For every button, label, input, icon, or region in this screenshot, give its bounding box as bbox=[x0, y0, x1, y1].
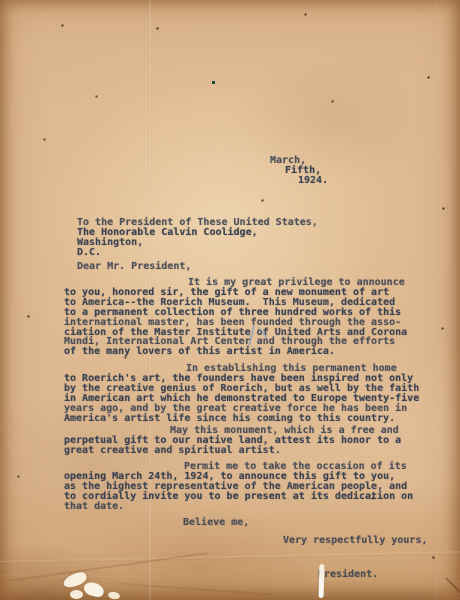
letter-line: America's artist life since his coming t… bbox=[64, 414, 419, 424]
body-paragraph-2: In establishing this permanent home to R… bbox=[64, 364, 419, 423]
crumple-line bbox=[120, 583, 270, 595]
signature-title: President. bbox=[318, 570, 378, 580]
body-paragraph-3: May this monument, which is a free and p… bbox=[64, 426, 401, 456]
letter-line: that date. bbox=[64, 502, 413, 512]
date-line: 1924. bbox=[298, 176, 328, 186]
date-block: March, Fifth, 1924. bbox=[270, 156, 328, 186]
signature-text: President. bbox=[318, 570, 378, 580]
recipient-address: To the President of These United States,… bbox=[77, 218, 318, 258]
letter-line: great creative and spiritual artist. bbox=[64, 446, 401, 456]
fold-crease-vertical bbox=[435, 0, 438, 600]
body-paragraph-4: Permit me to take the occasion of its op… bbox=[64, 462, 413, 512]
salutation: Dear Mr. President, bbox=[77, 262, 191, 272]
body-paragraph-1: It is my great privilege to announce to … bbox=[64, 278, 407, 357]
corner-crease bbox=[446, 578, 460, 595]
valediction: Very respectfully yours, bbox=[283, 536, 428, 546]
damage-spot bbox=[83, 581, 106, 599]
damage-spot bbox=[62, 570, 89, 589]
letter-line: of the many lovers of this artist in Ame… bbox=[64, 347, 407, 357]
letter-document: March, Fifth, 1924. To the President of … bbox=[0, 0, 460, 600]
valediction-text: Very respectfully yours, bbox=[283, 536, 428, 546]
address-line: D.C. bbox=[77, 248, 318, 258]
salutation-line: Dear Mr. President, bbox=[77, 262, 191, 272]
damage-spot bbox=[70, 590, 83, 599]
closing-line: Believe me, bbox=[183, 518, 249, 528]
address-line: Washington, bbox=[77, 238, 318, 248]
fold-crease-horizontal bbox=[0, 551, 460, 564]
closing-text: Believe me, bbox=[183, 518, 249, 528]
crumple-line bbox=[9, 552, 207, 582]
ink-specks bbox=[0, 0, 1, 1]
damage-spot bbox=[107, 591, 120, 600]
fold-crease-horizontal bbox=[0, 575, 460, 584]
